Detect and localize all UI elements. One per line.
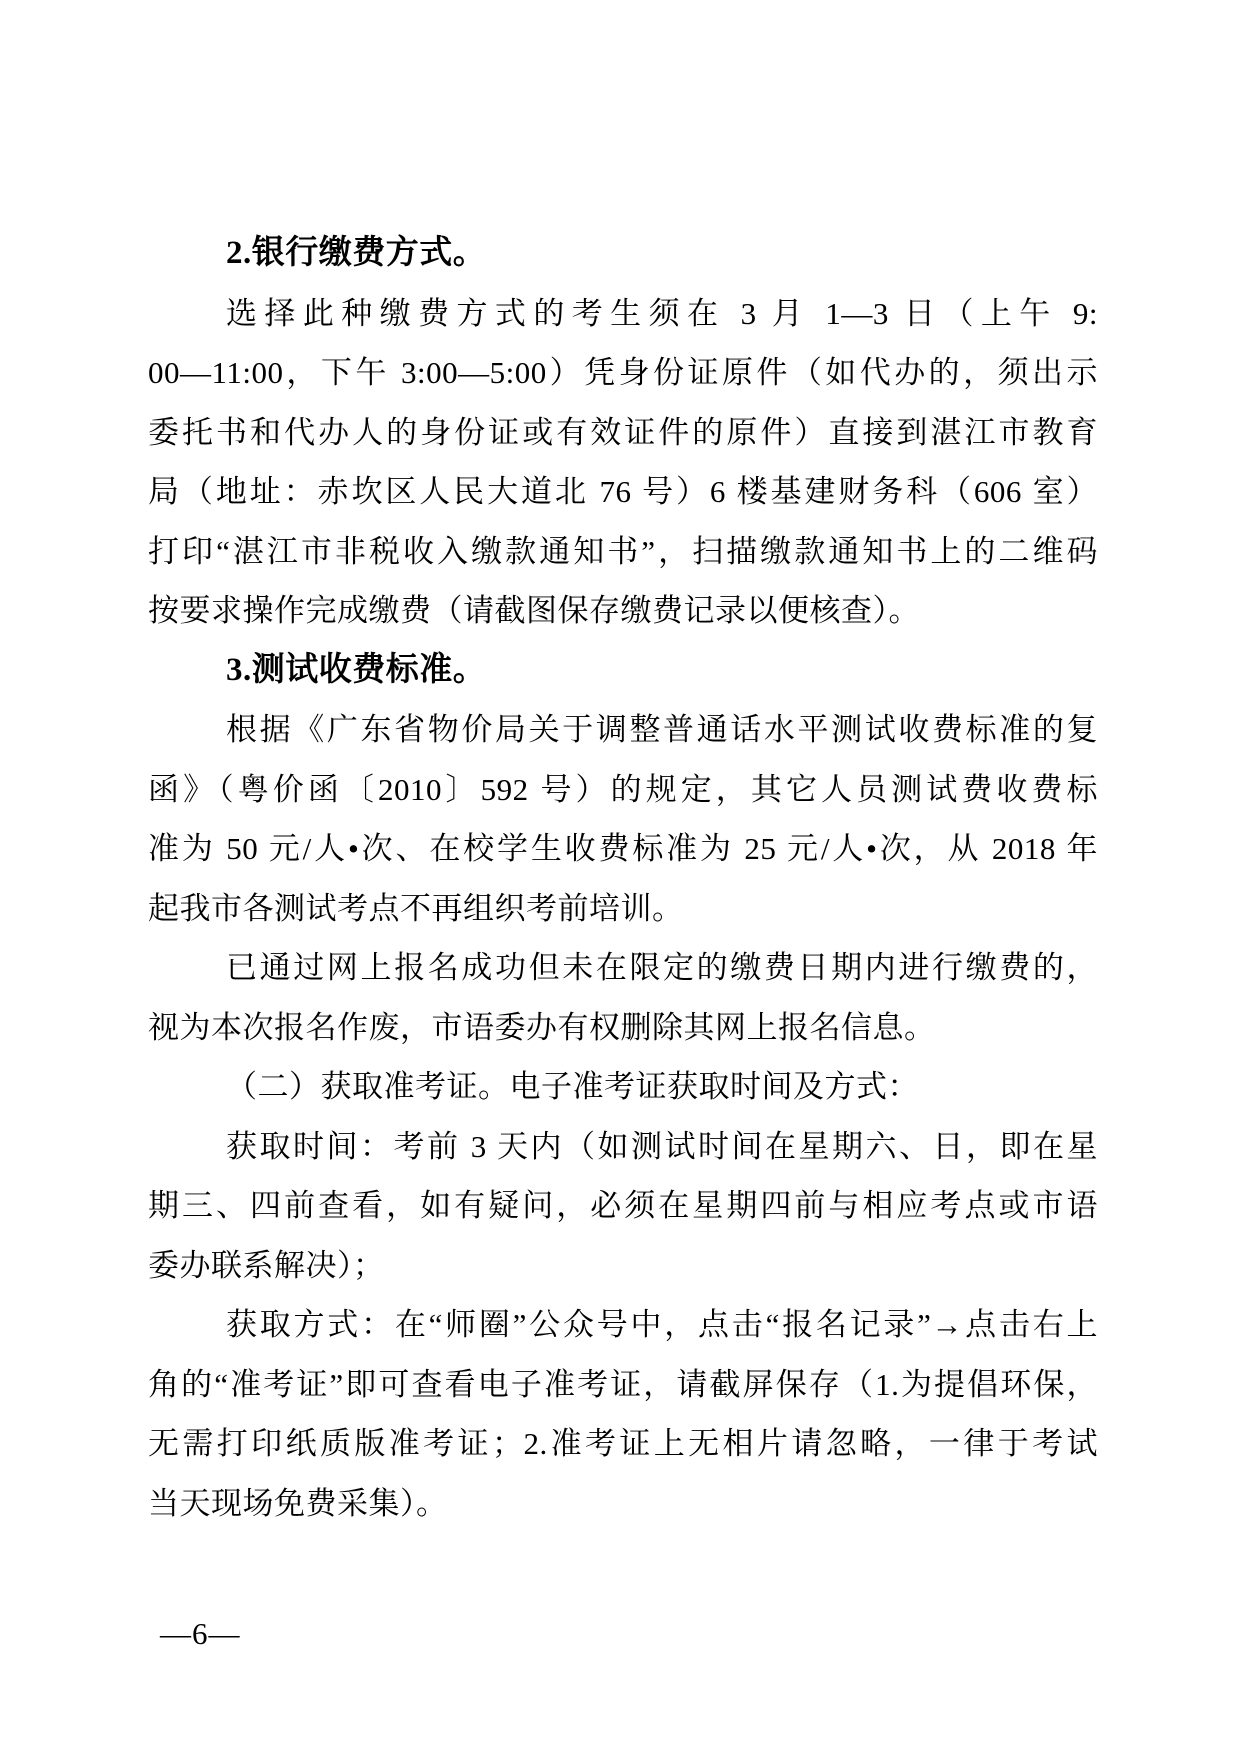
text-line: 获取时间：考前 3 天内（如测试时间在星期六、日，即在星 [148, 1117, 1098, 1177]
text-line: 按要求操作完成缴费（请截图保存缴费记录以便核查）。 [148, 581, 1098, 641]
text-line: 委办联系解决）； [148, 1236, 1098, 1296]
text-line: 视为本次报名作废，市语委办有权删除其网上报名信息。 [148, 998, 1098, 1058]
page-number: —6— [160, 1612, 241, 1656]
text-line: 期三、四前查看，如有疑问，必须在星期四前与相应考点或市语 [148, 1176, 1098, 1236]
document-page: 2.银行缴费方式。选择此种缴费方式的考生须在 3 月 1—3 日（上午 9:00… [0, 0, 1240, 1754]
text-line: 局（地址：赤坎区人民大道北 76 号）6 楼基建财务科（606 室） [148, 462, 1098, 522]
text-line: 起我市各测试考点不再组织考前培训。 [148, 879, 1098, 939]
text-line: 已通过网上报名成功但未在限定的缴费日期内进行缴费的， [148, 938, 1098, 998]
section-heading: 2.银行缴费方式。 [148, 224, 1098, 284]
text-line: 无需打印纸质版准考证；2.准考证上无相片请忽略，一律于考试 [148, 1414, 1098, 1474]
text-line: 根据《广东省物价局关于调整普通话水平测试收费标准的复 [148, 700, 1098, 760]
text-line: （二）获取准考证。电子准考证获取时间及方式： [148, 1057, 1098, 1117]
text-line: 选择此种缴费方式的考生须在 3 月 1—3 日（上午 9: [148, 284, 1098, 344]
text-line: 当天现场免费采集）。 [148, 1474, 1098, 1534]
text-line: 00—11:00，下午 3:00—5:00）凭身份证原件（如代办的，须出示 [148, 343, 1098, 403]
text-line: 打印“湛江市非税收入缴款通知书”，扫描缴款通知书上的二维码 [148, 522, 1098, 582]
text-line: 函》（粤价函〔2010〕592 号）的规定，其它人员测试费收费标 [148, 760, 1098, 820]
section-heading: 3.测试收费标准。 [148, 641, 1098, 701]
text-line: 委托书和代办人的身份证或有效证件的原件）直接到湛江市教育 [148, 403, 1098, 463]
text-line: 角的“准考证”即可查看电子准考证，请截屏保存（1.为提倡环保， [148, 1355, 1098, 1415]
text-line: 准为 50 元/人•次、在校学生收费标准为 25 元/人•次，从 2018 年 [148, 819, 1098, 879]
text-line: 获取方式：在“师圈”公众号中，点击“报名记录”→点击右上 [148, 1295, 1098, 1355]
document-body: 2.银行缴费方式。选择此种缴费方式的考生须在 3 月 1—3 日（上午 9:00… [148, 224, 1098, 1533]
